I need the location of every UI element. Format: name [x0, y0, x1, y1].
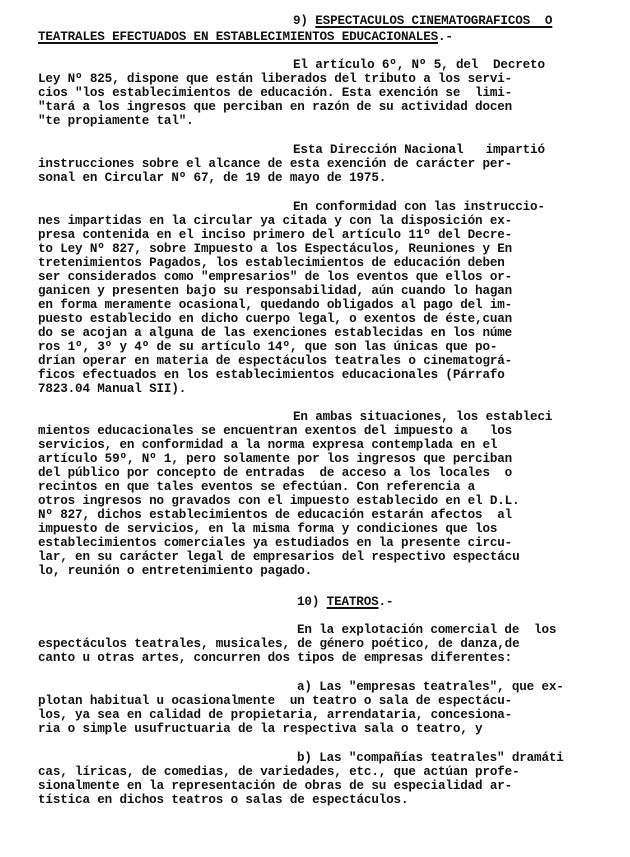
- paragraph-line: Ley Nº 825, dispone que están liberados …: [38, 72, 512, 86]
- paragraph-line: En la explotación comercial de los: [297, 623, 556, 637]
- paragraph-line: sionalmente en la representación de obra…: [38, 779, 512, 793]
- paragraph-line: ria o simple usufructuaria de la respect…: [38, 722, 482, 736]
- paragraph-line: nes impartidas en la circular ya citada …: [38, 214, 512, 228]
- paragraph-line: artículo 59º, Nº 1, pero solamente por l…: [38, 452, 512, 466]
- paragraph-line: del público por concepto de entradas de …: [38, 466, 512, 480]
- paragraph-line: mientos educacionales se encuentran exen…: [38, 424, 512, 438]
- paragraph-line: ser considerados como "empresarios" de l…: [38, 270, 512, 284]
- paragraph-line: canto u otras artes, concurren dos tipos…: [38, 651, 512, 665]
- paragraph-line: Esta Dirección Nacional impartió: [293, 143, 545, 157]
- paragraph-line: drían operar en materia de espectáculos …: [38, 354, 512, 368]
- paragraph-line: ganicen y presenten bajo su responsabili…: [38, 284, 512, 298]
- paragraph-line: b) Las "compañías teatrales" dramáti: [297, 751, 564, 765]
- paragraph-line: ros 1º, 3º y 4º de su artículo 14º, que …: [38, 340, 497, 354]
- paragraph-line: los, ya sea en calidad de propietaria, a…: [38, 708, 512, 722]
- paragraph-line: plotan habitual u ocasionalmente un teat…: [38, 694, 512, 708]
- paragraph-line: Nº 827, dichos establecimientos de educa…: [38, 508, 512, 522]
- paragraph-line: recintos en que tales eventos se efectúa…: [38, 480, 475, 494]
- section-9-number: 9): [293, 14, 308, 28]
- paragraph-line: "te propiamente tal".: [38, 114, 194, 128]
- paragraph-line: impuesto de servicios, en la misma forma…: [38, 522, 497, 536]
- paragraph-line: En conformidad con las instruccio-: [293, 200, 545, 214]
- paragraph-line: do se acojan a alguna de las exenciones …: [38, 326, 512, 340]
- paragraph-line: cios "los establecimientos de educación.…: [38, 86, 512, 100]
- paragraph-line: tretenimientos Pagados, los establecimie…: [38, 256, 505, 270]
- paragraph-line: 7823.04 Manual SII).: [38, 382, 186, 396]
- paragraph-line: establecimientos comerciales ya estudiad…: [38, 536, 512, 550]
- paragraph-line: instrucciones sobre el alcance de esta e…: [38, 157, 512, 171]
- typewritten-page: 9) ESPECTACULOS CINEMATOGRAFICOS O TEATR…: [0, 0, 630, 857]
- paragraph-line: lo, reunión o entretenimiento pagado.: [38, 564, 312, 578]
- section-10-title: TEATROS: [327, 595, 379, 609]
- paragraph-line: cas, líricas, de comedias, de variedades…: [38, 765, 520, 779]
- section-9-title-line1: ESPECTACULOS CINEMATOGRAFICOS O: [315, 14, 552, 28]
- paragraph-line: En ambas situaciones, los estableci: [293, 410, 552, 424]
- paragraph-line: to Ley Nº 827, sobre Impuesto a los Espe…: [38, 242, 512, 256]
- paragraph-line: sonal en Circular Nº 67, de 19 de mayo d…: [38, 171, 386, 185]
- paragraph-line: espectáculos teatrales, musicales, de gé…: [38, 637, 520, 651]
- section-9-heading: 9) ESPECTACULOS CINEMATOGRAFICOS O: [293, 14, 552, 28]
- paragraph-line: lar, en su carácter legal de empresarios…: [38, 550, 520, 564]
- paragraph-line: puesto establecido en dicho cuerpo legal…: [38, 312, 512, 326]
- paragraph-line: tística en dichos teatros o salas de esp…: [38, 793, 408, 807]
- paragraph-line: en forma meramente ocasional, quedando o…: [38, 298, 512, 312]
- paragraph-line: servicios, en conformidad a la norma exp…: [38, 438, 497, 452]
- paragraph-line: "tará a los ingresos que perciban en raz…: [38, 100, 512, 114]
- section-10-heading: 10) TEATROS.-: [297, 595, 393, 609]
- section-9-heading-line2: TEATRALES EFECTUADOS EN ESTABLECIMIENTOS…: [38, 30, 453, 44]
- paragraph-line: ficos efectuados en los establecimientos…: [38, 368, 505, 382]
- paragraph-line: a) Las "empresas teatrales", que ex-: [297, 680, 564, 694]
- paragraph-line: presa contenida en el inciso primero del…: [38, 228, 512, 242]
- paragraph-line: otros ingresos no gravados con el impues…: [38, 494, 520, 508]
- paragraph-line: El artículo 6º, Nº 5, del Decreto: [293, 58, 545, 72]
